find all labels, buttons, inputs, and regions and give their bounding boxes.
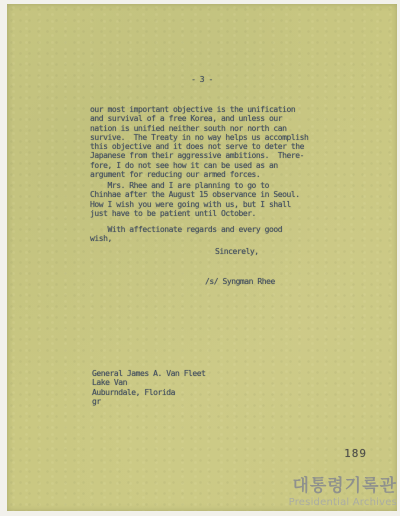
recipient-address-block: General James A. Van FleetLake VanAuburn… (92, 369, 206, 406)
text-line: Chinhae after the August 15 observance i… (90, 190, 300, 199)
text-line: Lake Van (92, 378, 206, 387)
text-line: How I wish you were going with us, but I… (90, 200, 300, 209)
letter-page: - 3 - our most important objective is th… (7, 4, 397, 511)
text-line: just have to be patient until October. (90, 209, 300, 218)
text-line: and survival of a free Korea, and unless… (90, 114, 308, 123)
text-line: Japanese from their aggressive ambitions… (90, 151, 308, 160)
text-line: survive. The Treaty in no way helps us a… (90, 133, 308, 142)
scanned-document: - 3 - our most important objective is th… (0, 0, 400, 516)
watermark-english-text: Presidential Archives (289, 497, 397, 511)
paragraph-chinhae-trip: Mrs. Rhee and I are planning to go toChi… (90, 181, 300, 218)
text-line: wish, (90, 234, 282, 243)
paragraph-regards: With affectionate regards and every good… (90, 225, 282, 244)
archive-page-number: 189 (344, 447, 367, 460)
page-header-number: - 3 - (7, 75, 397, 84)
text-line: Auburndale, Florida (92, 388, 206, 397)
watermark-korean-text: 대통령기록관 (289, 475, 397, 497)
text-line: our most important objective is the unif… (90, 105, 308, 114)
text-line: General James A. Van Fleet (92, 369, 206, 378)
paragraph-unification: our most important objective is the unif… (90, 105, 308, 179)
closing-sincerely: Sincerely, (215, 247, 259, 256)
signature-line: /s/ Syngman Rhee (205, 277, 275, 286)
text-line: With affectionate regards and every good (90, 225, 282, 234)
archive-watermark: 대통령기록관 Presidential Archives (289, 475, 397, 511)
text-line: argument for reducing our armed forces. (90, 170, 308, 179)
text-line: Mrs. Rhee and I are planning to go to (90, 181, 300, 190)
text-line: fore, I do not see how it can be used as… (90, 161, 308, 170)
text-line: gr (92, 397, 206, 406)
text-line: nation is unified neither south nor nort… (90, 124, 308, 133)
